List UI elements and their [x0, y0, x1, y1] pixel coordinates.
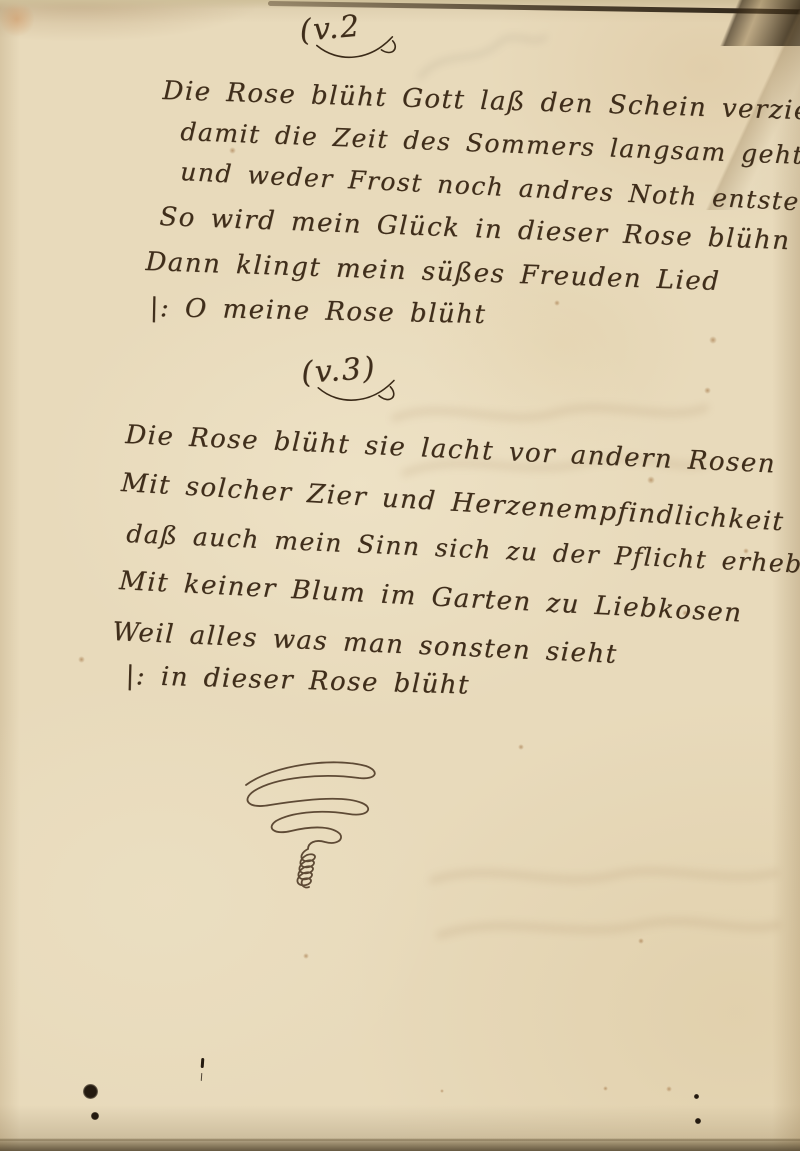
fox-spot: [554, 300, 560, 306]
bottom-page-edge: [0, 1138, 800, 1151]
verse-2-line: |: O meine Rose blüht: [149, 293, 486, 330]
verse-3-heading-text: (v.3): [300, 351, 378, 391]
fox-spot: [440, 1089, 444, 1093]
ink-spot: [694, 1094, 699, 1099]
fox-spot: [743, 548, 749, 554]
ink-tick-mark: [201, 1058, 205, 1068]
fox-spot: [303, 953, 309, 959]
verse-2-heading: (v.2: [298, 5, 405, 71]
fox-spot: [603, 1086, 608, 1091]
fox-spot: [682, 610, 688, 616]
verse-3-heading: (v.3): [300, 349, 406, 413]
fox-spot: [709, 336, 717, 344]
verse-3-line: |: in dieser Rose blüht: [125, 661, 470, 701]
fox-spot: [229, 147, 236, 154]
fox-spot: [78, 656, 85, 663]
ink-spot: [91, 1112, 99, 1120]
fox-spot: [666, 1086, 672, 1092]
show-through-ghost: [425, 845, 785, 975]
ink-spot: [83, 1084, 98, 1099]
fox-spot: [647, 476, 655, 484]
verse-3-line: Mit keiner Blum im Garten zu Liebkosen: [118, 566, 743, 629]
manuscript-page: (v.2 Die Rose blüht Gott laß den Schein …: [0, 0, 800, 1151]
fox-spot: [518, 744, 524, 750]
verse-2-line: Dann klingt mein süßes Freuden Lied: [145, 247, 721, 297]
pen-flourish-icon: [228, 757, 388, 897]
fox-spot: [638, 938, 644, 944]
verse-2-heading-text: (v.2: [298, 9, 363, 49]
fox-spot: [704, 387, 711, 394]
ink-spot: [695, 1118, 701, 1124]
